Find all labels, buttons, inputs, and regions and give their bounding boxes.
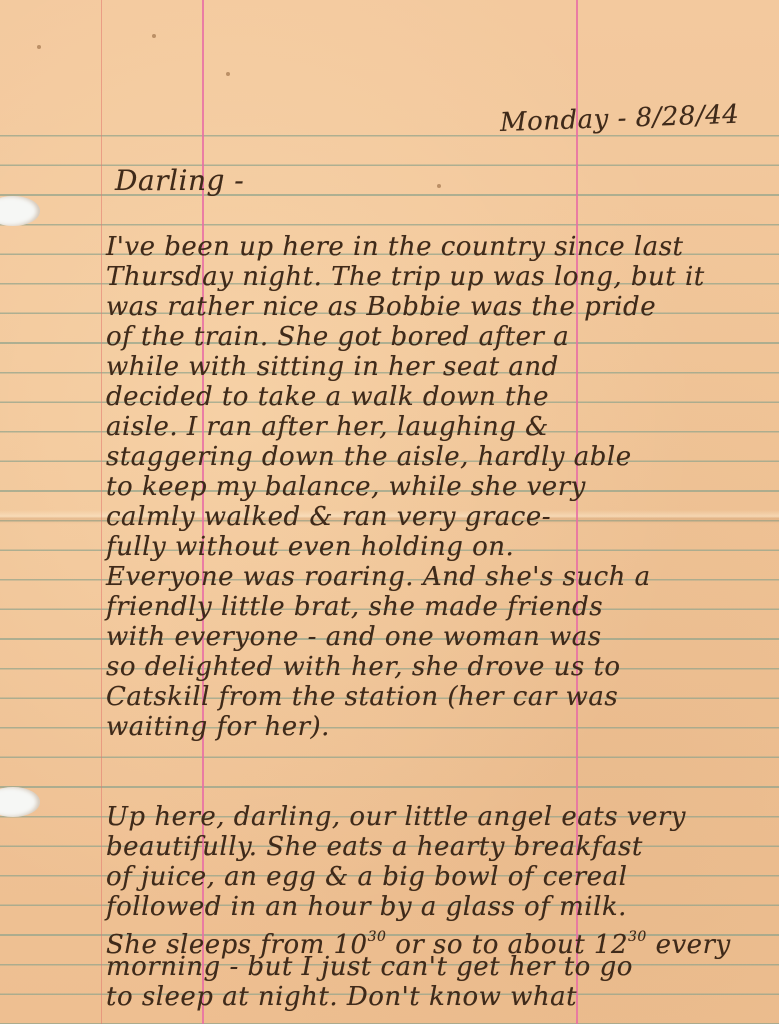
letter-line: fully without even holding on. xyxy=(106,532,514,562)
paper-spot xyxy=(152,34,156,38)
sleep-text-suffix: every xyxy=(647,930,731,960)
letter-line: I've been up here in the country since l… xyxy=(106,232,683,262)
letter-line: decided to take a walk down the xyxy=(106,382,549,412)
letter-line: staggering down the aisle, hardly able xyxy=(106,442,632,472)
left-margin-line xyxy=(101,0,102,1024)
paper-spot xyxy=(226,72,230,76)
letter-line: friendly little brat, she made friends xyxy=(106,592,603,622)
letter-line: of the train. She got bored after a xyxy=(106,322,569,352)
letter-line-sleep: She sleeps from 1030 or so to about 1230… xyxy=(106,922,731,952)
letter-line: while with sitting in her seat and xyxy=(106,352,559,382)
letter-line: followed in an hour by a glass of milk. xyxy=(106,892,627,922)
letter-line: beautifully. She eats a hearty breakfast xyxy=(106,832,643,862)
letter-line: with everyone - and one woman was xyxy=(106,622,602,652)
salutation: Darling - xyxy=(115,164,244,197)
letter-line: of juice, an egg & a big bowl of cereal xyxy=(106,862,627,892)
letter-line: was rather nice as Bobbie was the pride xyxy=(106,292,656,322)
letter-line: aisle. I ran after her, laughing & xyxy=(106,412,549,442)
superscript-minutes: 30 xyxy=(368,929,387,945)
letter-line: Everyone was roaring. And she's such a xyxy=(106,562,651,592)
letter-line: morning - but I just can't get her to go xyxy=(106,952,633,982)
letter-line: to sleep at night. Don't know what xyxy=(106,982,577,1012)
superscript-minutes: 30 xyxy=(628,929,647,945)
letter-line: so delighted with her, she drove us to xyxy=(106,652,621,682)
paper-spot xyxy=(37,45,41,49)
letter-line: Up here, darling, our little angel eats … xyxy=(106,802,686,832)
letter-line: to keep my balance, while she very xyxy=(106,472,586,502)
letter-line: Catskill from the station (her car was xyxy=(106,682,618,712)
letter-line: waiting for her). xyxy=(106,712,330,742)
paper-spot xyxy=(437,184,441,188)
letter-line: calmly walked & ran very grace- xyxy=(106,502,551,532)
letter-line: Thursday night. The trip up was long, bu… xyxy=(106,262,705,292)
letter-page: Monday - 8/28/44 Darling - I've been up … xyxy=(0,0,779,1024)
